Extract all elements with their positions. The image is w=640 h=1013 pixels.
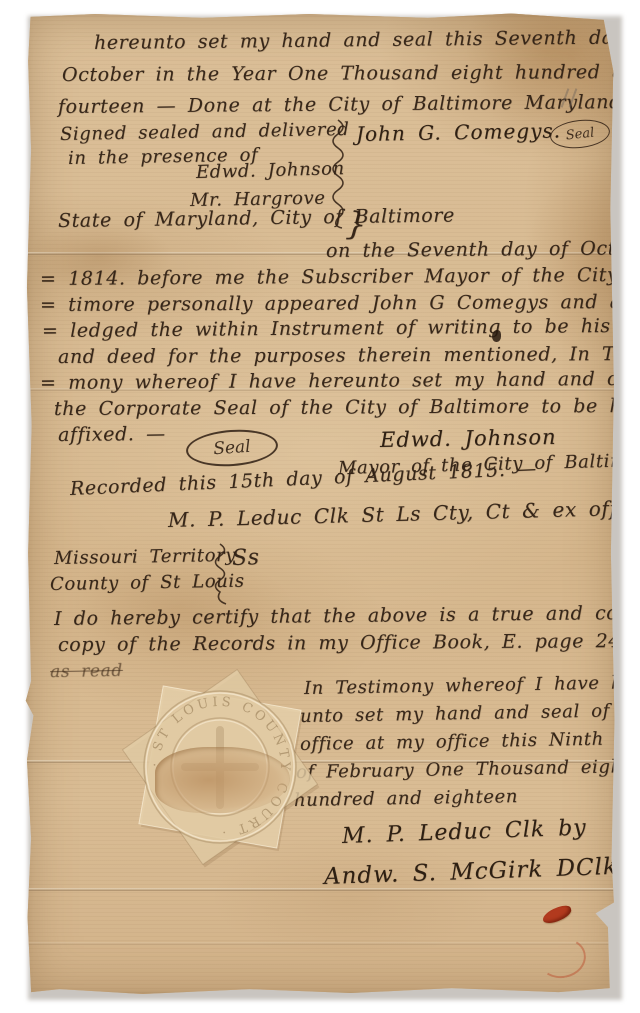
maryland-heading: State of Maryland, City of Baltimore [58, 204, 455, 232]
recorded-line: Recorded this 15th day of August 1815. — [70, 458, 538, 500]
ink-blot [492, 330, 501, 342]
handwritten-line: unto set my hand and seal of [300, 701, 610, 727]
handwritten-line: affixed. — [58, 423, 166, 446]
handwritten-line: office at my office this Ninth day [300, 728, 640, 755]
comegys-signature: John G. Comegys. [356, 118, 561, 146]
handwritten-line: = mony whereof I have hereunto set my ha… [40, 368, 640, 394]
seal-oval-label: Seal [213, 437, 252, 460]
handwritten-line: Signed sealed and delivered [60, 119, 350, 145]
handwritten-line: on the Seventh day of October [326, 237, 640, 262]
handwritten-line: In Testimony whereof I have here= [304, 672, 640, 699]
fold-crease [24, 888, 618, 891]
leduc-signature: M. P. Leduc Clk by [342, 815, 587, 849]
handwritten-line: hereunto set my hand and seal this Seven… [94, 26, 640, 54]
johnson-signature: Edwd. Johnson [380, 425, 557, 452]
scan-background: { "closing": { "lines": [ "hereunto set … [0, 0, 640, 1013]
handwritten-line: = 1814. before me the Subscriber Mayor o… [40, 263, 640, 290]
witness-signature: Edwd. Johnson [196, 158, 345, 183]
manuscript-page: hereunto set my hand and seal this Seven… [24, 12, 618, 996]
handwritten-line: = timore personally appeared John G Come… [40, 291, 640, 316]
handwritten-line: the Corporate Seal of the City of Baltim… [54, 395, 640, 420]
handwritten-line: October in the Year One Thousand eight h… [62, 61, 640, 86]
embossed-seal: · ST LOUIS COUNTY COURT · [95, 655, 345, 880]
handwritten-line: = ledged the within Instrument of writin… [42, 315, 640, 342]
clerk-line: M. P. Leduc Clk St Ls Cty, Ct & ex off: … [168, 494, 640, 532]
seal-oval: Seal [185, 427, 279, 469]
ss-abbreviation: Ss [232, 545, 260, 571]
handwritten-line: copy of the Records in my Office Book, E… [58, 630, 640, 656]
seal-oval-label: Seal [565, 125, 595, 143]
brace-squiggle [204, 542, 234, 612]
wax-mark [541, 903, 574, 925]
mcgirk-signature: Andw. S. McGirk DClk [324, 854, 619, 890]
fold-crease [24, 942, 618, 945]
handwritten-line: and deed for the purposes therein mentio… [58, 343, 640, 368]
handwritten-line: of February One Thousand eight [296, 756, 631, 783]
handwritten-line: fourteen — Done at the City of Baltimore… [58, 91, 640, 118]
handwritten-line: I do hereby certify that the above is a … [54, 602, 640, 630]
brace: } [345, 204, 369, 243]
